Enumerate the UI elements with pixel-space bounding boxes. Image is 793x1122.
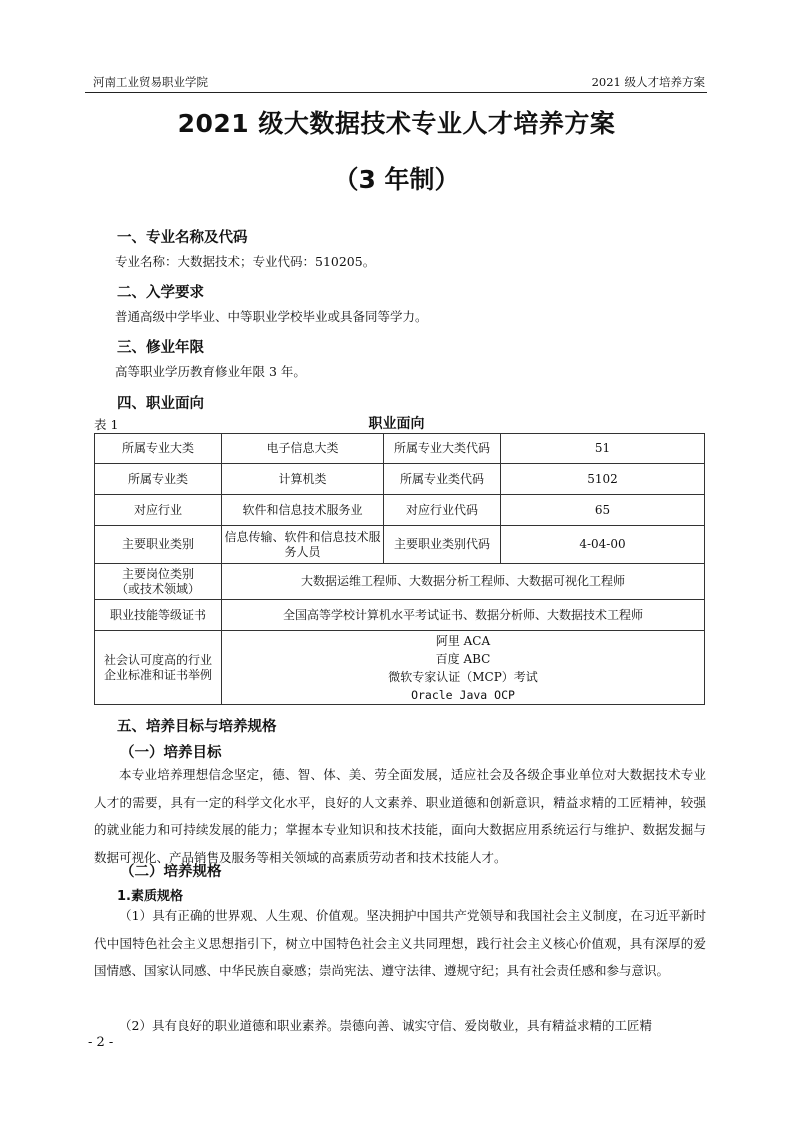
table-cell: 4-04-00 — [501, 526, 705, 564]
page-number: - 2 - — [88, 1035, 113, 1050]
occupation-table: 所属专业大类 电子信息大类 所属专业大类代码 51 所属专业类 计算机类 所属专… — [94, 433, 705, 705]
certificate-item: Oracle Java OCP — [224, 686, 702, 704]
quality-spec-2: （2）具有良好的职业道德和职业素养。崇德向善、诚实守信、爱岗敬业，具有精益求精的… — [94, 1012, 706, 1040]
table-cell: 大数据运维工程师、大数据分析工程师、大数据可视化工程师 — [222, 564, 705, 600]
table-cell: 全国高等学校计算机水平考试证书、数据分析师、大数据技术工程师 — [222, 600, 705, 631]
table-cell: 主要职业类别代码 — [384, 526, 501, 564]
goals-paragraph: 本专业培养理想信念坚定，德、智、体、美、劳全面发展，适应社会及各级企事业单位对大… — [94, 761, 706, 871]
table-row: 职业技能等级证书 全国高等学校计算机水平考试证书、数据分析师、大数据技术工程师 — [95, 600, 705, 631]
certificate-item: 微软专家认证（MCP）考试 — [224, 668, 702, 686]
header-institution: 河南工业贸易职业学院 — [93, 74, 208, 90]
section-2-text: 普通高级中学毕业、中等职业学校毕业或具备同等学力。 — [115, 307, 428, 325]
section-5-heading: 五、培养目标与培养规格 — [117, 715, 277, 736]
quality-spec-1: （1）具有正确的世界观、人生观、价值观。坚决拥护中国共产党领导和我国社会主义制度… — [94, 902, 706, 985]
section-1-heading: 一、专业名称及代码 — [117, 226, 248, 247]
certificate-item: 百度 ABC — [224, 650, 702, 668]
section-3-text: 高等职业学历教育修业年限 3 年。 — [115, 362, 306, 380]
table-cell: 51 — [501, 434, 705, 464]
document-subtitle: （3 年制） — [0, 160, 793, 196]
table-row: 主要岗位类别 （或技术领域） 大数据运维工程师、大数据分析工程师、大数据可视化工… — [95, 564, 705, 600]
document-title: 2021 级大数据技术专业人才培养方案 — [0, 104, 793, 140]
table-cell: 社会认可度高的行业 企业标准和证书举例 — [95, 631, 222, 705]
section-4-heading: 四、职业面向 — [117, 392, 204, 413]
table-cell: 所属专业大类 — [95, 434, 222, 464]
table-row: 所属专业大类 电子信息大类 所属专业大类代码 51 — [95, 434, 705, 464]
table-cell: 所属专业大类代码 — [384, 434, 501, 464]
table-cell: 主要职业类别 — [95, 526, 222, 564]
table-cell: 对应行业 — [95, 495, 222, 526]
table-cell: 计算机类 — [222, 464, 384, 495]
table-row: 所属专业类 计算机类 所属专业类代码 5102 — [95, 464, 705, 495]
section-2-heading: 二、入学要求 — [117, 281, 204, 302]
section-1-text: 专业名称：大数据技术；专业代码：510205。 — [115, 252, 375, 270]
table-cell: 电子信息大类 — [222, 434, 384, 464]
table-cell: 65 — [501, 495, 705, 526]
header-document-name: 2021 级人才培养方案 — [592, 74, 705, 90]
table-cell: 信息传输、软件和信息技术服务人员 — [222, 526, 384, 564]
subsection-goals-heading: （一）培养目标 — [120, 741, 222, 762]
table-cell: 主要岗位类别 （或技术领域） — [95, 564, 222, 600]
table-row: 对应行业 软件和信息技术服务业 对应行业代码 65 — [95, 495, 705, 526]
subsection-specs-heading: （二）培养规格 — [120, 860, 222, 881]
table-cell: 5102 — [501, 464, 705, 495]
table-cell-line: 主要岗位类别 — [97, 567, 219, 582]
table-cell: 阿里 ACA 百度 ABC 微软专家认证（MCP）考试 Oracle Java … — [222, 631, 705, 705]
certificate-item: 阿里 ACA — [224, 632, 702, 650]
section-3-heading: 三、修业年限 — [117, 336, 204, 357]
table-cell: 软件和信息技术服务业 — [222, 495, 384, 526]
table-cell: 所属专业类代码 — [384, 464, 501, 495]
header-rule — [85, 92, 707, 93]
table-cell: 所属专业类 — [95, 464, 222, 495]
table-cell-line: （或技术领域） — [97, 582, 219, 597]
table-row: 社会认可度高的行业 企业标准和证书举例 阿里 ACA 百度 ABC 微软专家认证… — [95, 631, 705, 705]
table-caption: 职业面向 — [0, 413, 793, 433]
table-cell: 对应行业代码 — [384, 495, 501, 526]
table-cell: 职业技能等级证书 — [95, 600, 222, 631]
table-cell-line: 社会认可度高的行业 — [97, 653, 219, 668]
table-cell-line: 企业标准和证书举例 — [97, 668, 219, 683]
table-row: 主要职业类别 信息传输、软件和信息技术服务人员 主要职业类别代码 4-04-00 — [95, 526, 705, 564]
